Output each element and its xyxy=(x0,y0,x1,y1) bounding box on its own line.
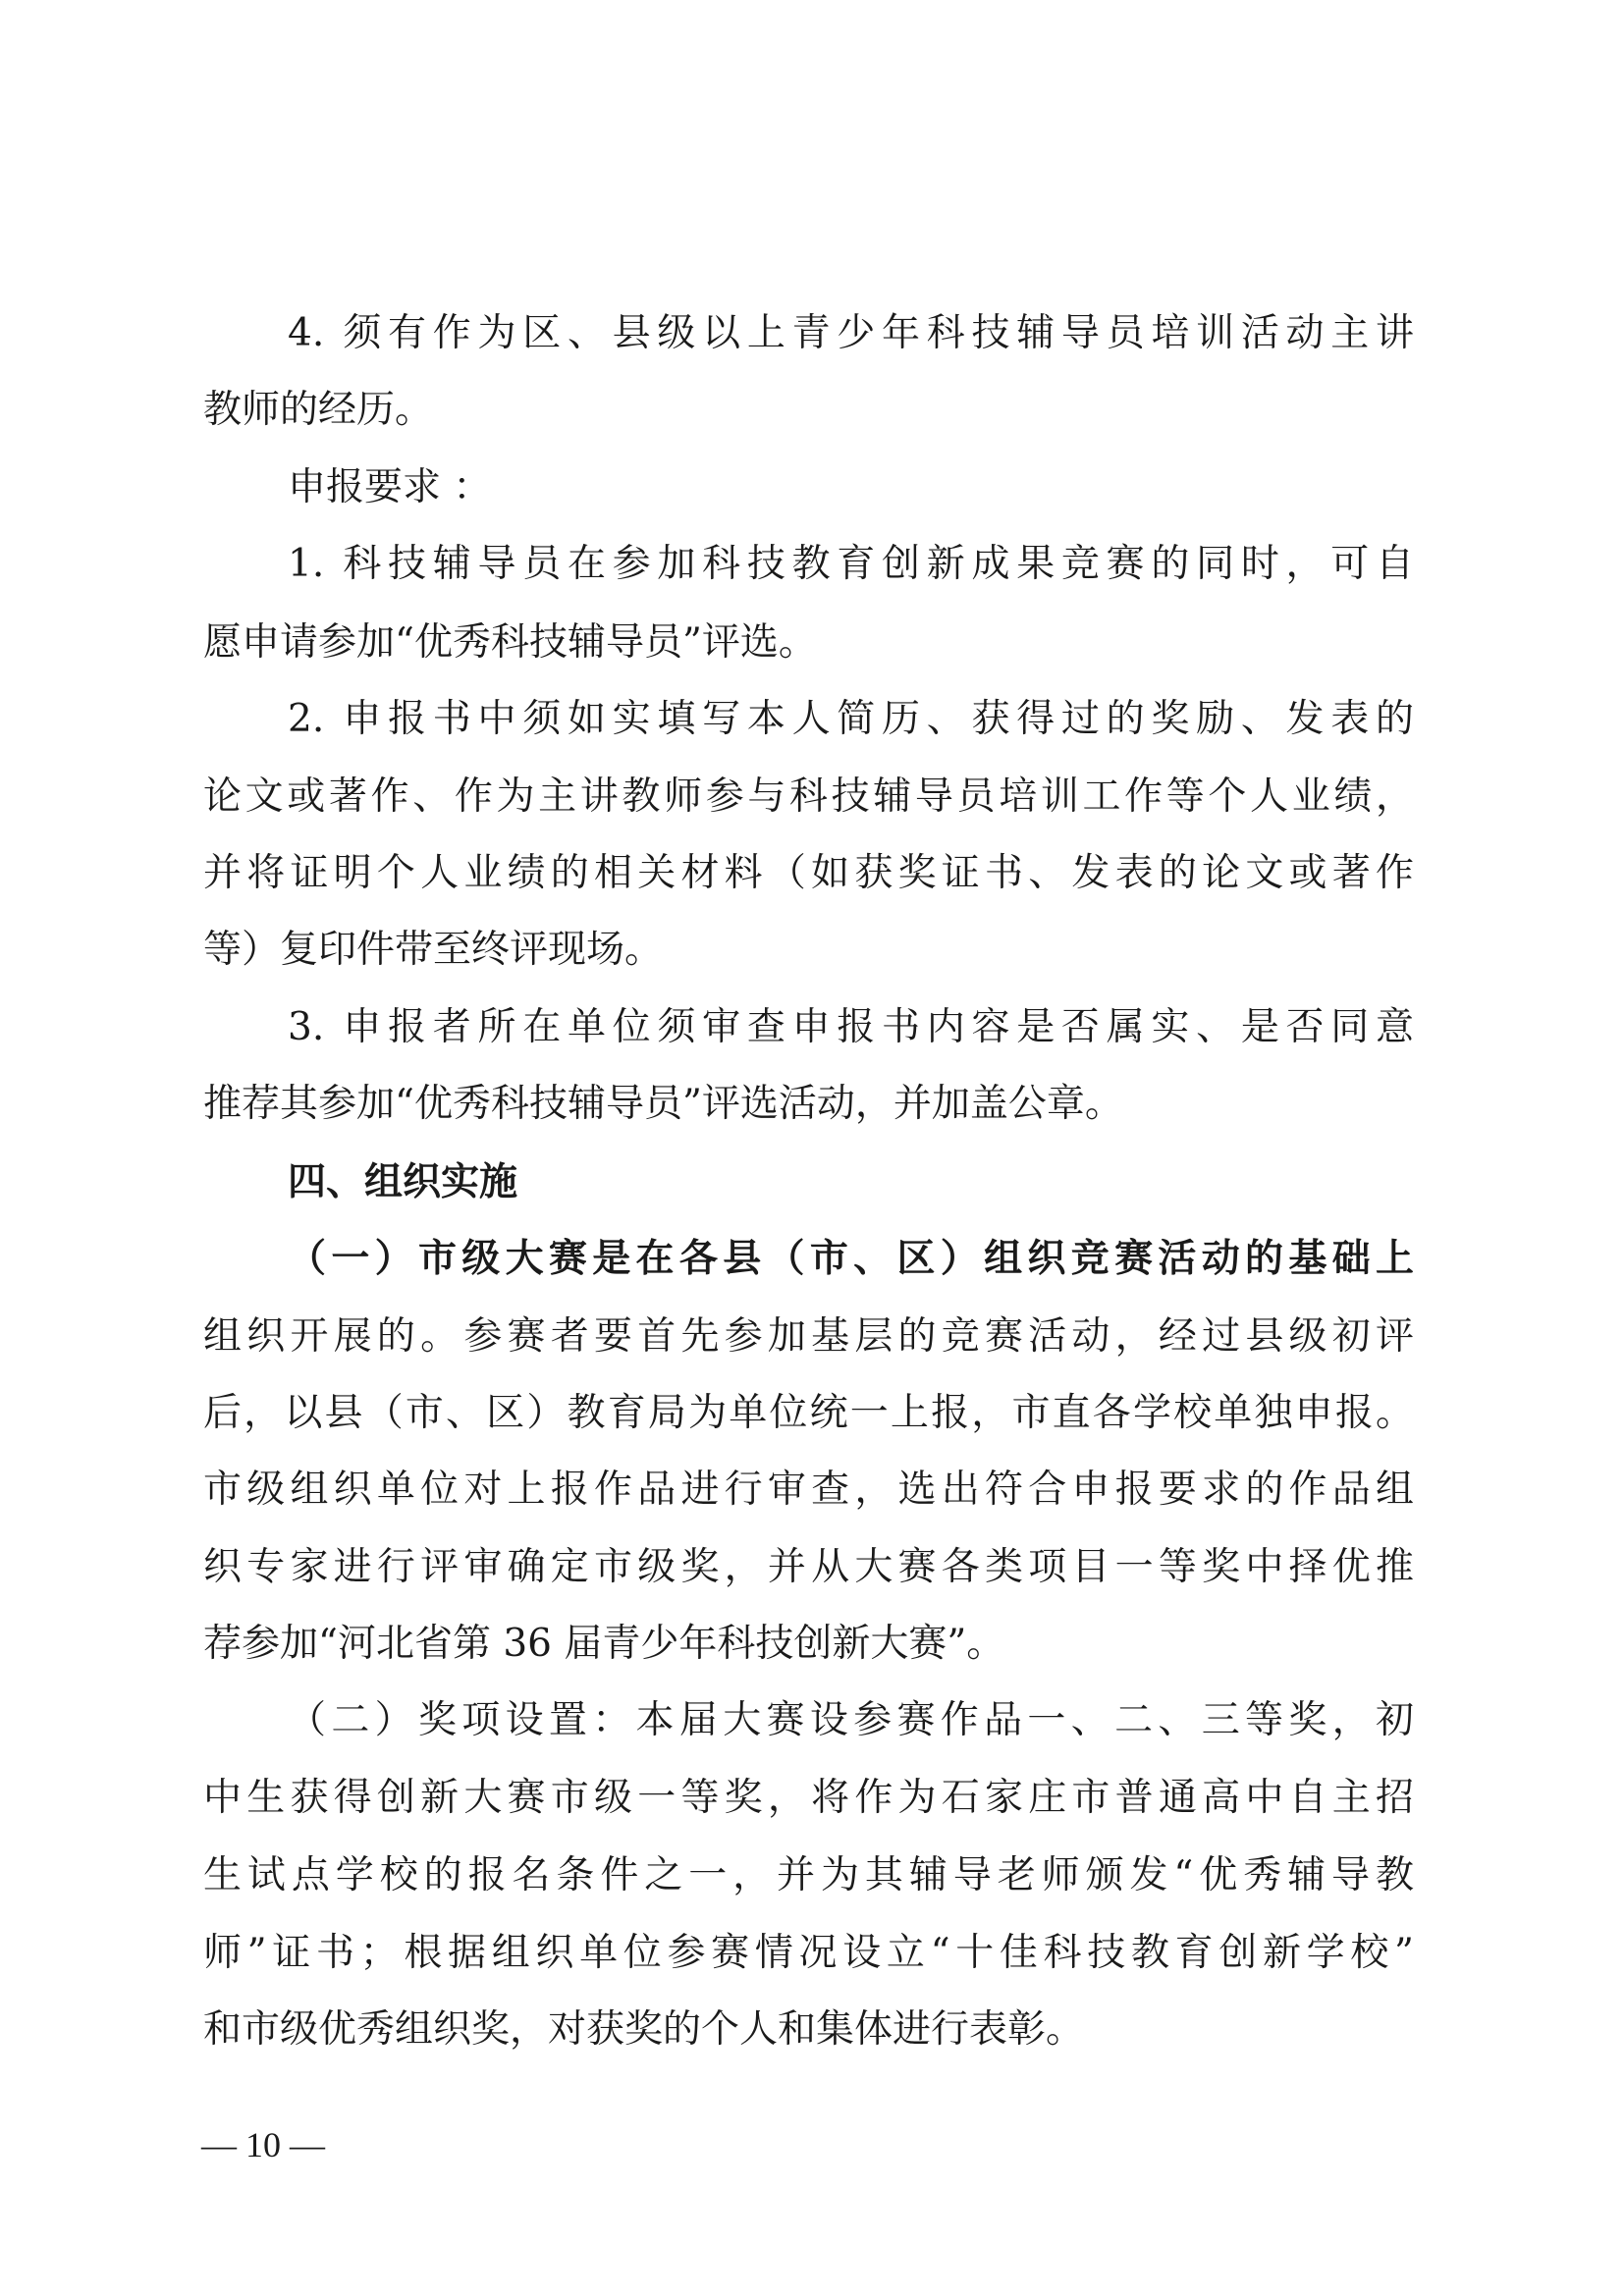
text-line: 组织开展的。参赛者要首先参加基层的竞赛活动，经过县级初评 xyxy=(203,1308,1414,1366)
text-line: 1. 科技辅导员在参加科技教育创新成果竞赛的同时，可自 xyxy=(288,535,1414,594)
text-line: （一）市级大赛是在各县（市、区）组织竞赛活动的基础上 xyxy=(288,1229,1414,1288)
section-heading: 四、组织实施 xyxy=(288,1153,1414,1212)
text-line: 织专家进行评审确定市级奖，并从大赛各类项目一等奖中择优推 xyxy=(203,1538,1414,1597)
text-line: 荐参加“河北省第 36 届青少年科技创新大赛”。 xyxy=(203,1615,1414,1674)
document-page: 4. 须有作为区、县级以上青少年科技辅导员培训活动主讲教师的经历。申报要求 ：1… xyxy=(0,0,1624,2296)
text-line: 3. 申报者所在单位须审查申报书内容是否属实、是否同意 xyxy=(288,998,1414,1057)
text-line: 师”证书；根据组织单位参赛情况设立“十佳科技教育创新学校” xyxy=(203,1924,1414,1983)
text-line: 4. 须有作为区、县级以上青少年科技辅导员培训活动主讲 xyxy=(288,304,1414,363)
text-line: 推荐其参加“优秀科技辅导员”评选活动，并加盖公章。 xyxy=(203,1075,1414,1134)
text-line: 生试点学校的报名条件之一，并为其辅导老师颁发“优秀辅导教 xyxy=(203,1846,1414,1905)
text-line: 和市级优秀组织奖，对获奖的个人和集体进行表彰。 xyxy=(203,2001,1414,2059)
text-line: 中生获得创新大赛市级一等奖，将作为石家庄市普通高中自主招 xyxy=(203,1769,1414,1828)
text-line: 并将证明个人业绩的相关材料（如获奖证书、发表的论文或著作 xyxy=(203,844,1414,903)
page-number: — 10 — xyxy=(201,2120,325,2169)
text-line: 论文或著作、作为主讲教师参与科技辅导员培训工作等个人业绩， xyxy=(203,768,1414,827)
text-line: 愿申请参加“优秀科技辅导员”评选。 xyxy=(203,614,1414,672)
text-line: 市级组织单位对上报作品进行审查，选出符合申报要求的作品组 xyxy=(203,1461,1414,1520)
text-line: 教师的经历。 xyxy=(203,381,1414,440)
text-line: 2. 申报书中须如实填写本人简历、获得过的奖励、发表的 xyxy=(288,690,1414,749)
text-line: 申报要求 ： xyxy=(288,458,1414,517)
text-line: （二）奖项设置：本届大赛设参赛作品一、二、三等奖，初 xyxy=(288,1691,1414,1750)
text-line: 后，以县（市、区）教育局为单位统一上报，市直各学校单独申报。 xyxy=(203,1384,1414,1443)
text-line: 等）复印件带至终评现场。 xyxy=(203,921,1414,980)
